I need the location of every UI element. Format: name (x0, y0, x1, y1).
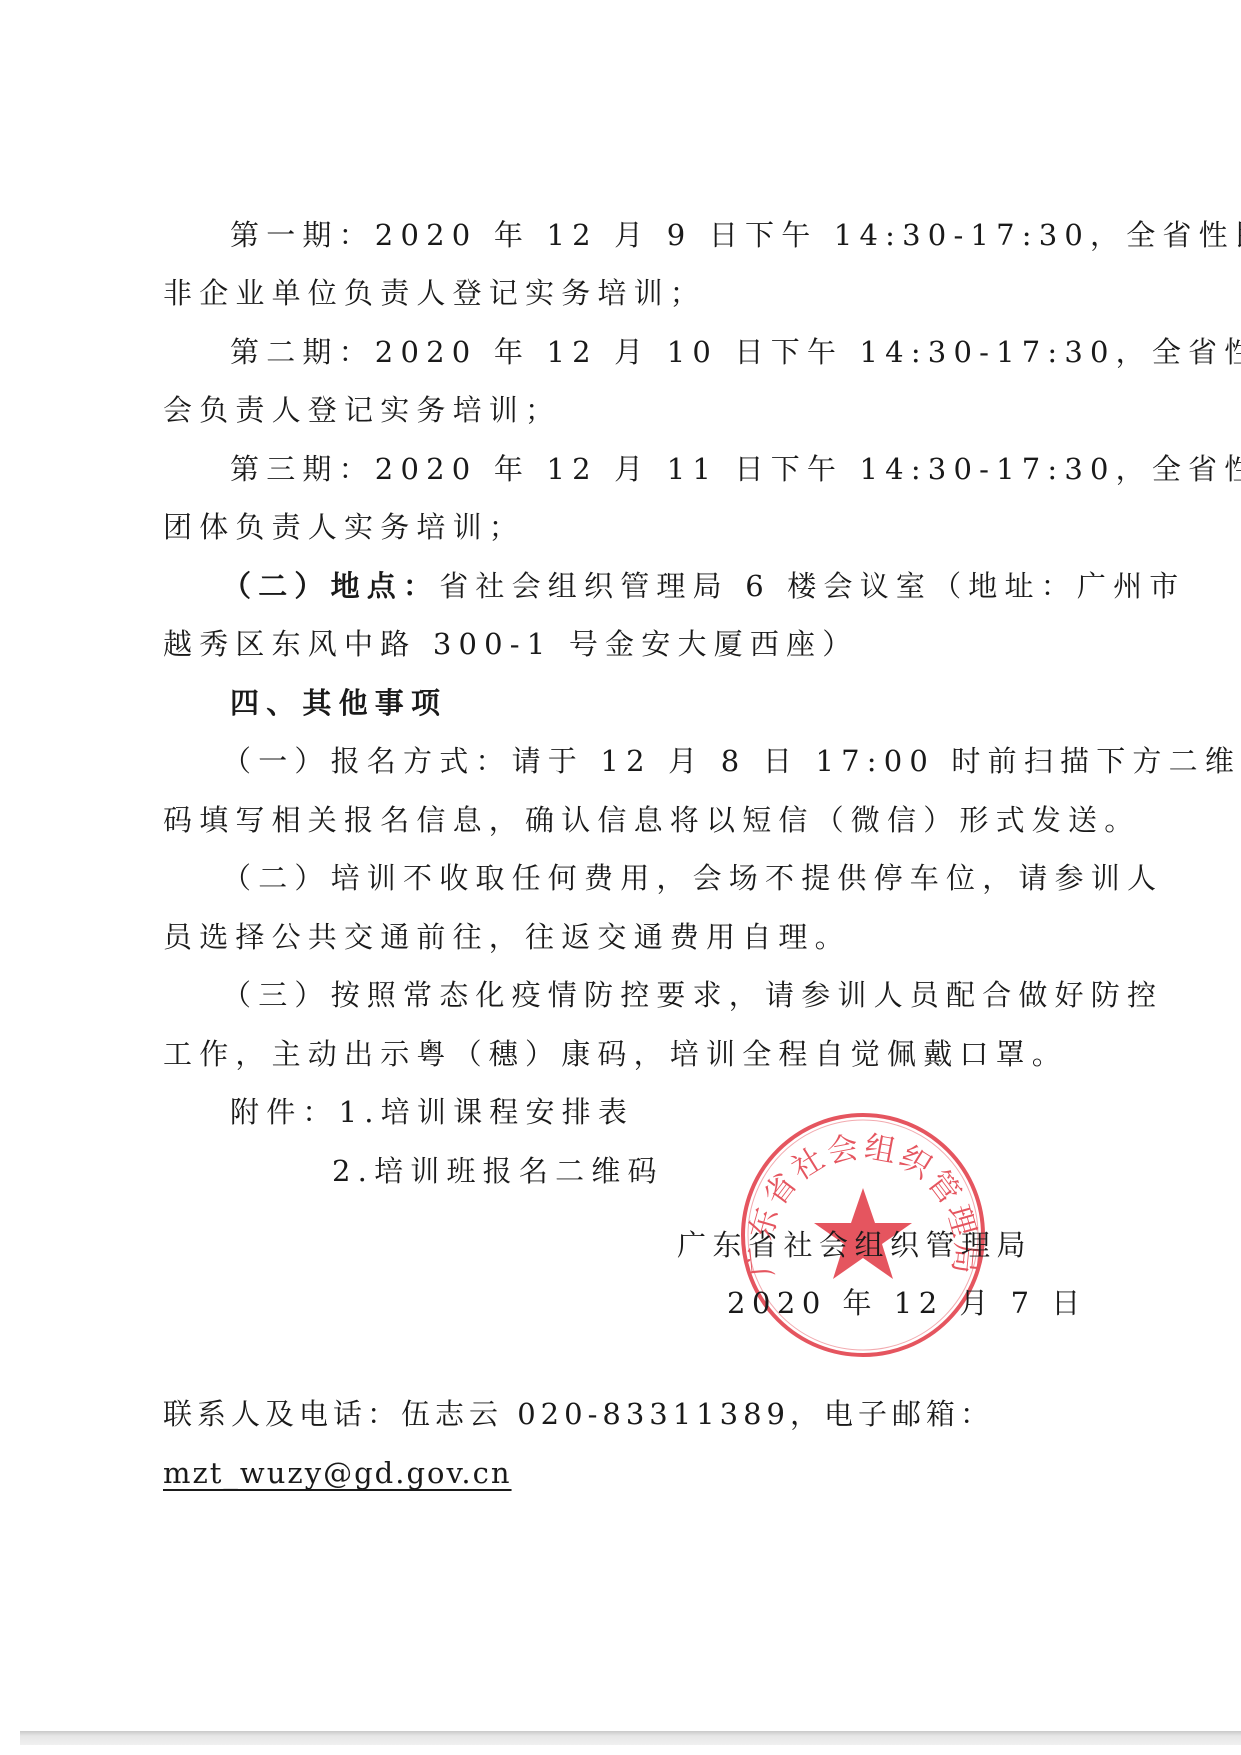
session-1-line-2: 非企业单位负责人登记实务培训； (163, 273, 1083, 313)
session-3-line-2: 团体负责人实务培训； (163, 507, 1083, 547)
signature-organization: 广东省社会组织管理局 (677, 1225, 1032, 1265)
attachments-line-1: 附件：1.培训课程安排表 (230, 1092, 1150, 1132)
contact-line: 联系人及电话：伍志云 020-83311389，电子邮箱： (163, 1394, 1083, 1434)
session-3-line-1: 第三期：2020 年 12 月 11 日下午 14:30-17:30，全省性社会 (230, 449, 1150, 489)
document-page: 第一期：2020 年 12 月 9 日下午 14:30-17:30，全省性民办 … (0, 0, 1241, 1755)
item-3-line-1: （三）按照常态化疫情防控要求，请参训人员配合做好防控 (222, 975, 1142, 1015)
session-2-line-2: 会负责人登记实务培训； (163, 390, 1083, 430)
attachment-1: 1.培训课程安排表 (339, 1095, 634, 1129)
signature-date: 2020 年 12 月 7 日 (727, 1283, 1087, 1323)
location-line-2: 越秀区东风中路 300-1 号金安大厦西座） (163, 624, 1083, 664)
section-4-heading: 四、其他事项 (230, 683, 1150, 723)
session-1-line-1: 第一期：2020 年 12 月 9 日下午 14:30-17:30，全省性民办 (230, 215, 1150, 255)
session-2-line-1: 第二期：2020 年 12 月 10 日下午 14:30-17:30，全省性基金 (230, 332, 1150, 372)
item-1-line-2: 码填写相关报名信息，确认信息将以短信（微信）形式发送。 (163, 800, 1083, 840)
item-2-line-1: （二）培训不收取任何费用，会场不提供停车位，请参训人 (222, 858, 1142, 898)
scan-edge-strip (20, 1731, 1241, 1745)
location-line-1: （二）地点：省社会组织管理局 6 楼会议室（地址：广州市 (222, 566, 1142, 606)
item-2-line-2: 员选择公共交通前往，往返交通费用自理。 (163, 917, 1083, 957)
contact-email-row: mzt_wuzy@gd.gov.cn (163, 1453, 1083, 1493)
item-3-line-2: 工作，主动出示粤（穗）康码，培训全程自觉佩戴口罩。 (163, 1034, 1083, 1074)
location-label: （二）地点： (222, 569, 439, 603)
attachments-label: 附件： (230, 1095, 339, 1129)
location-text: 省社会组织管理局 6 楼会议室（地址：广州市 (439, 569, 1185, 603)
item-1-line-1: （一）报名方式：请于 12 月 8 日 17:00 时前扫描下方二维 (222, 741, 1142, 781)
contact-email-link[interactable]: mzt_wuzy@gd.gov.cn (163, 1456, 512, 1490)
